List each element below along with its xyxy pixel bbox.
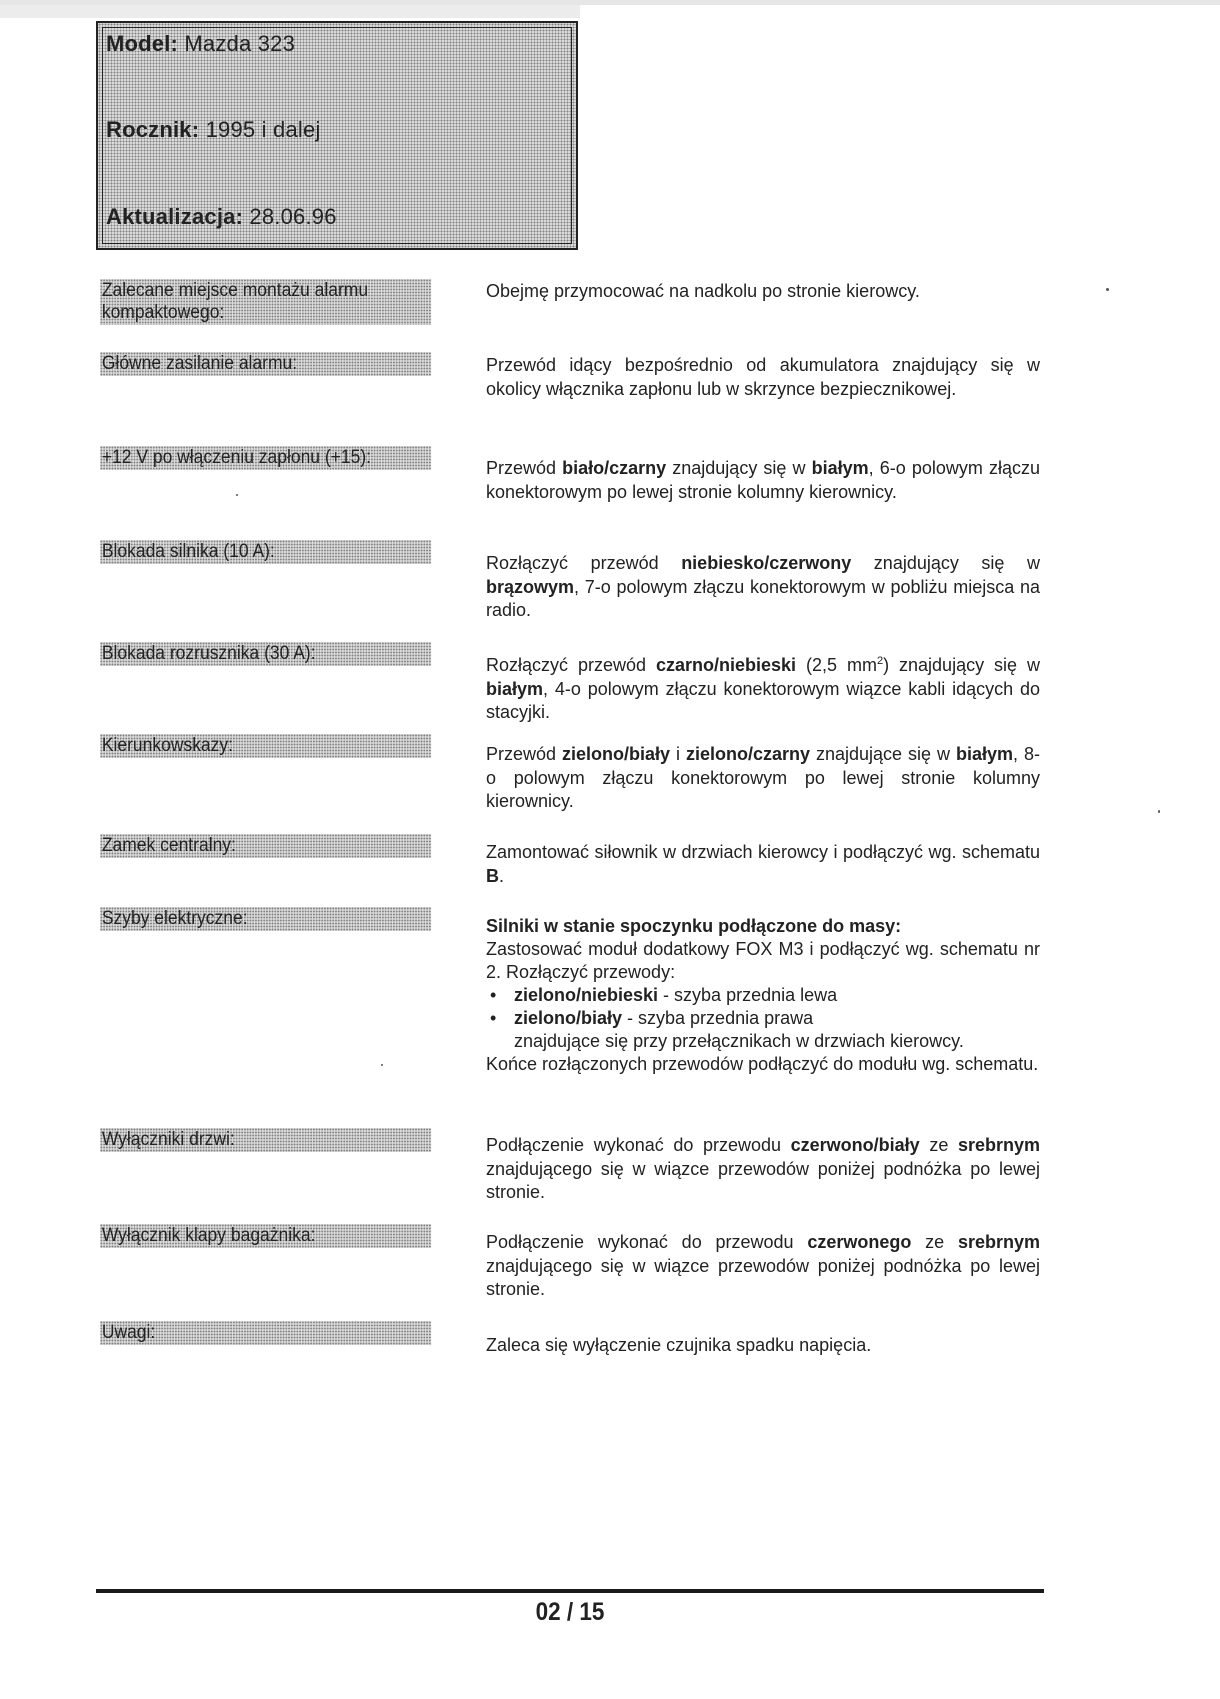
wire-color: zielono/niebieski bbox=[514, 985, 658, 1005]
page-number: 02 / 15 bbox=[57, 1598, 1083, 1627]
label-text: +12 V po włączeniu zapłonu (+15): bbox=[102, 447, 371, 468]
year-line: Rocznik: 1995 i dalej bbox=[106, 117, 321, 143]
wire-color: czarno/niebieski bbox=[656, 655, 796, 675]
update-line: Aktualizacja: 28.06.96 bbox=[106, 204, 337, 230]
desc-text: ze bbox=[911, 1232, 958, 1252]
desc-text: Końce rozłączonych przewodów podłączyć d… bbox=[486, 1053, 1040, 1076]
label-text: Zalecane miejsce montażu alarmu kompakto… bbox=[102, 280, 368, 323]
row-text-starter-block: Rozłączyć przewód czarno/niebieski (2,5 … bbox=[486, 650, 1040, 725]
wire-list-item: zielono/biały - szyba przednia prawa bbox=[486, 1007, 1040, 1030]
scan-speck bbox=[1106, 288, 1109, 291]
row-text-engine-block: Rozłączyć przewód niebiesko/czerwony zna… bbox=[486, 552, 1040, 623]
desc-text: Podłączenie wykonać do przewodu bbox=[486, 1232, 807, 1252]
label-text: Zamek centralny: bbox=[102, 835, 236, 856]
connector-color: białym bbox=[956, 744, 1013, 764]
desc-text: - szyba przednia lewa bbox=[658, 985, 837, 1005]
row-text-central-lock: Zamontować siłownik w drzwiach kierowcy … bbox=[486, 841, 1040, 888]
scan-speck bbox=[1158, 810, 1160, 813]
schema-ref: B bbox=[486, 866, 499, 886]
desc-text: Podłączenie wykonać do przewodu bbox=[486, 1135, 791, 1155]
wire-color: niebiesko/czerwony bbox=[681, 553, 851, 573]
wire-color: zielono/czarny bbox=[686, 744, 810, 764]
wire-color: czerwonego bbox=[807, 1232, 911, 1252]
row-label-power-windows: Szyby elektryczne: bbox=[100, 907, 431, 931]
scan-speck bbox=[381, 1064, 383, 1066]
desc-text: znajdującego się w wiązce przewodów poni… bbox=[486, 1159, 1040, 1203]
desc-text: znajdującego się w wiązce przewodów poni… bbox=[486, 1256, 1040, 1300]
label-text: Wyłączniki drzwi: bbox=[102, 1129, 235, 1150]
scan-edge-top bbox=[0, 0, 1220, 5]
header-box: Model: Mazda 323 Rocznik: 1995 i dalej A… bbox=[96, 21, 578, 250]
wire-color: srebrnym bbox=[958, 1232, 1040, 1252]
row-text-ignition: Przewód biało/czarny znajdujący się w bi… bbox=[486, 457, 1040, 504]
footer-rule bbox=[96, 1589, 1044, 1593]
year-label: Rocznik: bbox=[106, 117, 199, 142]
desc-text: , 4-o polowym złączu konektorowym wiązce… bbox=[486, 679, 1040, 723]
desc-text: znajdujące się w bbox=[810, 744, 956, 764]
desc-text: Obejmę przymocować na nadkolu po stronie… bbox=[486, 281, 920, 301]
model-line: Model: Mazda 323 bbox=[106, 31, 295, 57]
desc-text: znajdujący się w bbox=[666, 458, 811, 478]
label-text: Blokada silnika (10 A): bbox=[102, 541, 275, 562]
label-text: Uwagi: bbox=[102, 1322, 155, 1343]
label-text: Blokada rozrusznika (30 A): bbox=[102, 643, 316, 664]
desc-text: ) znajdujący się w bbox=[883, 655, 1040, 675]
label-text: Szyby elektryczne: bbox=[102, 908, 248, 929]
row-label-mount-location: Zalecane miejsce montażu alarmu kompakto… bbox=[100, 279, 431, 325]
desc-text: i bbox=[670, 744, 686, 764]
wire-color: zielono/biały bbox=[514, 1008, 622, 1028]
row-label-turn-signals: Kierunkowskazy: bbox=[100, 734, 431, 758]
desc-text: . bbox=[499, 866, 504, 886]
desc-text: Zamontować siłownik w drzwiach kierowcy … bbox=[486, 842, 1040, 862]
wire-color: czerwono/biały bbox=[791, 1135, 920, 1155]
row-label-door-switches: Wyłączniki drzwi: bbox=[100, 1128, 431, 1152]
label-text: Główne zasilanie alarmu: bbox=[102, 353, 297, 374]
row-text-main-power: Przewód idący bezpośrednio od akumulator… bbox=[486, 354, 1040, 401]
row-text-mount-location: Obejmę przymocować na nadkolu po stronie… bbox=[486, 280, 1040, 304]
desc-text: Przewód bbox=[486, 458, 562, 478]
row-text-trunk-switch: Podłączenie wykonać do przewodu czerwone… bbox=[486, 1231, 1040, 1302]
connector-color: białym bbox=[812, 458, 869, 478]
desc-text: Zastosować moduł dodatkowy FOX M3 i podł… bbox=[486, 938, 1040, 984]
connector-color: białym bbox=[486, 679, 543, 699]
desc-text: ze bbox=[920, 1135, 958, 1155]
desc-text: Rozłączyć przewód bbox=[486, 655, 656, 675]
model-value: Mazda 323 bbox=[184, 31, 295, 56]
desc-text: Rozłączyć przewód bbox=[486, 553, 681, 573]
wire-color: srebrnym bbox=[958, 1135, 1040, 1155]
update-value: 28.06.96 bbox=[249, 204, 336, 229]
row-text-power-windows: Silniki w stanie spoczynku podłączone do… bbox=[486, 915, 1040, 1076]
row-label-notes: Uwagi: bbox=[100, 1321, 431, 1345]
update-label: Aktualizacja: bbox=[106, 204, 243, 229]
connector-color: brązowym bbox=[486, 577, 574, 597]
scan-speck bbox=[236, 494, 238, 496]
row-label-starter-block: Blokada rozrusznika (30 A): bbox=[100, 642, 431, 666]
row-text-door-switches: Podłączenie wykonać do przewodu czerwono… bbox=[486, 1134, 1040, 1205]
desc-text: znajdujące się przy przełącznikach w drz… bbox=[486, 1030, 1040, 1053]
wire-list: zielono/niebieski - szyba przednia lewa … bbox=[486, 984, 1040, 1030]
row-label-engine-block: Blokada silnika (10 A): bbox=[100, 540, 431, 564]
row-text-turn-signals: Przewód zielono/biały i zielono/czarny z… bbox=[486, 743, 1040, 814]
desc-text: Zaleca się wyłączenie czujnika spadku na… bbox=[486, 1335, 871, 1355]
label-text: Kierunkowskazy: bbox=[102, 735, 233, 756]
desc-text: Przewód idący bezpośrednio od akumulator… bbox=[486, 355, 1040, 399]
wire-color: biało/czarny bbox=[562, 458, 666, 478]
wire-color: zielono/biały bbox=[562, 744, 670, 764]
desc-text: - szyba przednia prawa bbox=[622, 1008, 813, 1028]
desc-text: (2,5 mm bbox=[796, 655, 877, 675]
row-text-notes: Zaleca się wyłączenie czujnika spadku na… bbox=[486, 1334, 1040, 1358]
desc-text: znajdujący się w bbox=[851, 553, 1040, 573]
row-label-trunk-switch: Wyłącznik klapy bagażnika: bbox=[100, 1224, 431, 1248]
label-text: Wyłącznik klapy bagażnika: bbox=[102, 1225, 316, 1246]
row-label-main-power: Główne zasilanie alarmu: bbox=[100, 352, 431, 376]
model-label: Model: bbox=[106, 31, 178, 56]
wire-list-item: zielono/niebieski - szyba przednia lewa bbox=[486, 984, 1040, 1007]
year-value: 1995 i dalej bbox=[206, 117, 321, 142]
desc-text: Przewód bbox=[486, 744, 562, 764]
row-label-ignition: +12 V po włączeniu zapłonu (+15): bbox=[100, 446, 431, 470]
row-label-central-lock: Zamek centralny: bbox=[100, 834, 431, 858]
subheading: Silniki w stanie spoczynku podłączone do… bbox=[486, 915, 1040, 938]
